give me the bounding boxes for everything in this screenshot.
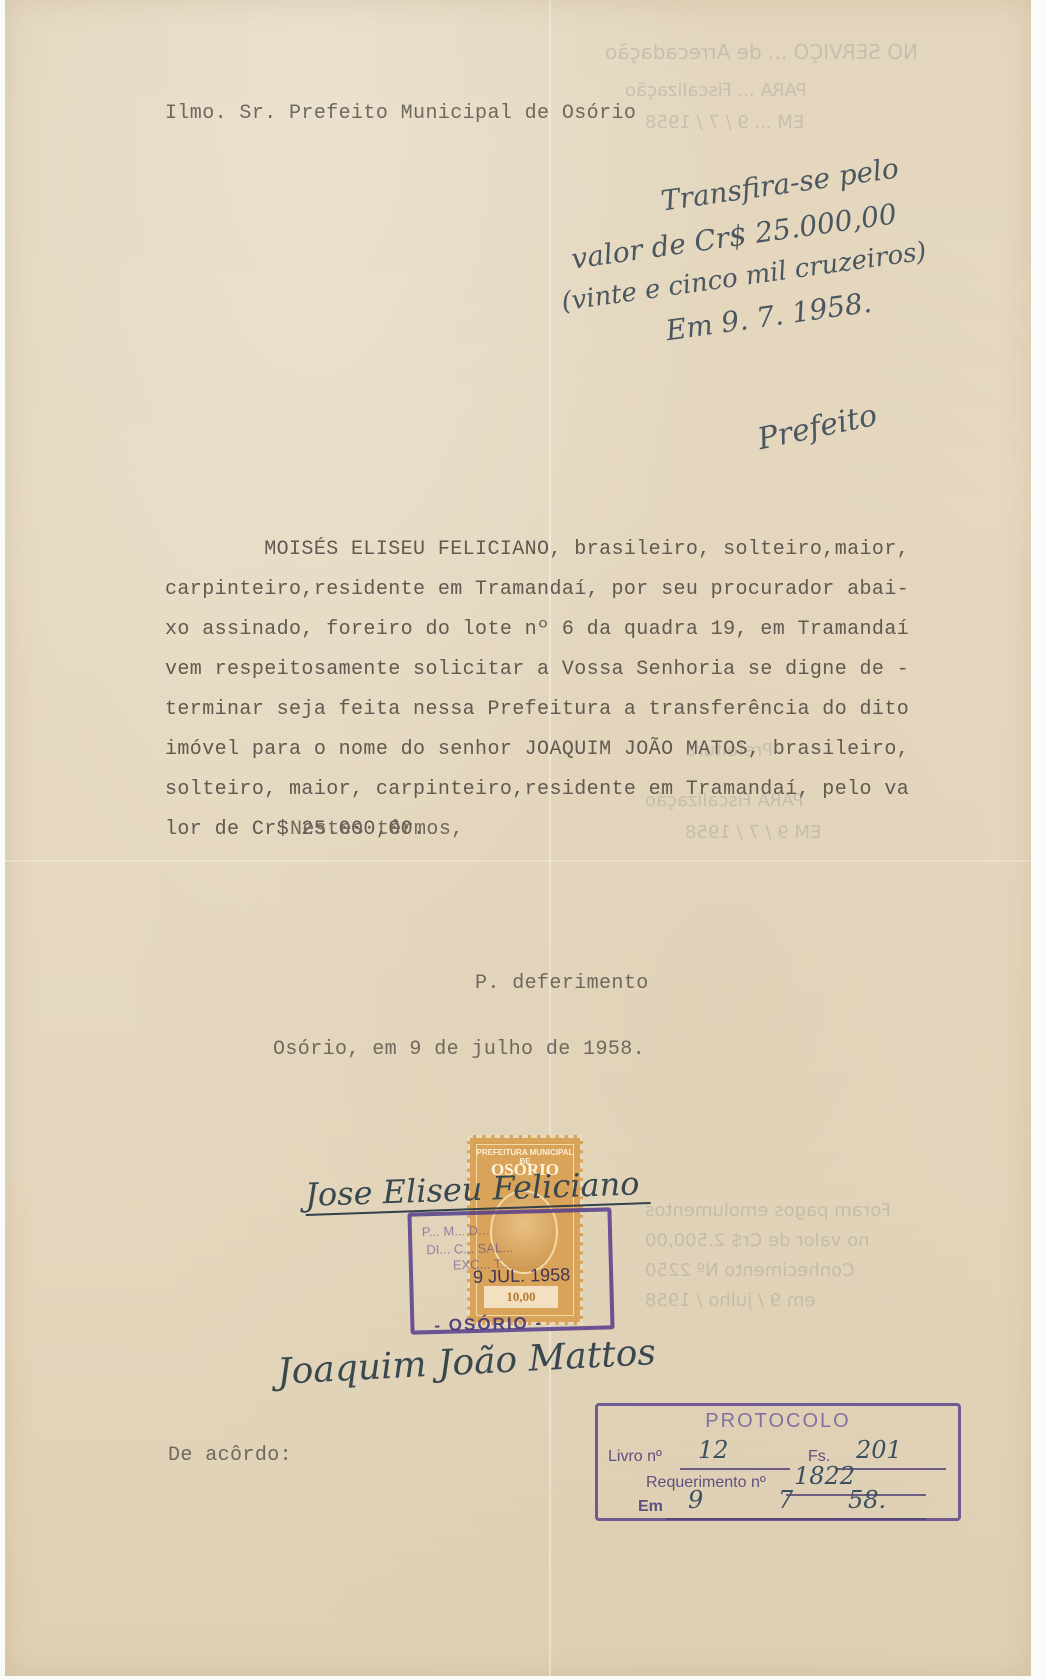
protocolo-title: PROTOCOLO: [598, 1410, 958, 1433]
stamp-faint-text: DI... C... SAL...: [426, 1240, 513, 1257]
em-month: 7: [778, 1486, 793, 1514]
underline: [666, 1518, 926, 1520]
bleed-through-text: Conhecimento Nº 2250: [645, 1260, 855, 1281]
bleed-through-text: PARA ... Fiscalização: [625, 80, 807, 101]
bleed-through-text: no valor de Cr$ 2.500,00: [645, 1230, 869, 1251]
fls-value: 201: [856, 1436, 902, 1464]
body-line: carpinteiro,residente em Tramandaí, por …: [165, 578, 965, 618]
request-body: MOISÉS ELISEU FELICIANO, brasileiro, sol…: [165, 538, 965, 858]
bleed-through-text: em 9 / julho / 1958: [645, 1290, 815, 1311]
body-line: terminar seja feita nessa Prefeitura a t…: [165, 698, 965, 738]
stamp-faint-text: P... M... D...: [422, 1223, 489, 1240]
cancel-city: - OSÓRIO -: [434, 1313, 543, 1336]
bleed-through-text: Foram pagos emolumentos: [645, 1200, 891, 1221]
livro-label: Livro nº: [608, 1448, 662, 1466]
closing-line: Nestes têrmos,: [290, 820, 464, 840]
underline: [680, 1468, 790, 1470]
prefeito-signature: Prefeito: [755, 398, 880, 457]
em-label: Em: [638, 1498, 663, 1516]
requerimento-value: 1822: [794, 1462, 855, 1490]
addressee-line: Ilmo. Sr. Prefeito Municipal de Osório: [165, 104, 636, 124]
signature-joaquim: Joaquim João Mattos: [276, 1332, 657, 1393]
place-date-line: Osório, em 9 de julho de 1958.: [273, 1040, 645, 1060]
request-line: P. deferimento: [475, 974, 649, 994]
bleed-through-text: EM ... 9 / 7 / 1958: [645, 112, 804, 133]
document-page: NO SERVIÇO ... de Arrecadação PARA ... F…: [5, 0, 1031, 1676]
em-day: 9: [688, 1486, 703, 1514]
body-line: solteiro, maior, carpinteiro,residente e…: [165, 778, 965, 818]
body-line: xo assinado, foreiro do lote nº 6 da qua…: [165, 618, 965, 658]
body-line: imóvel para o nome do senhor JOAQUIM JOÃ…: [165, 738, 965, 778]
body-line: MOISÉS ELISEU FELICIANO, brasileiro, sol…: [165, 538, 965, 578]
cancellation-stamp: P... M... D... DI... C... SAL... EXC... …: [407, 1207, 614, 1334]
cancel-date: 9 JUL. 1958: [473, 1264, 571, 1288]
protocolo-stamp: PROTOCOLO Livro nº 12 Fs. 201 Requerimen…: [595, 1403, 961, 1521]
requerimento-label: Requerimento nº: [646, 1474, 766, 1492]
livro-value: 12: [698, 1436, 729, 1464]
body-line: lor de Cr$ 25.000,00.: [165, 818, 965, 858]
bleed-through-text: NO SERVIÇO ... de Arrecadação: [605, 40, 918, 64]
paper-fold-horizontal: [5, 860, 1031, 862]
body-line: vem respeitosamente solicitar a Vossa Se…: [165, 658, 965, 698]
em-year: 58.: [848, 1486, 886, 1514]
agreement-label: De acôrdo:: [168, 1446, 292, 1466]
